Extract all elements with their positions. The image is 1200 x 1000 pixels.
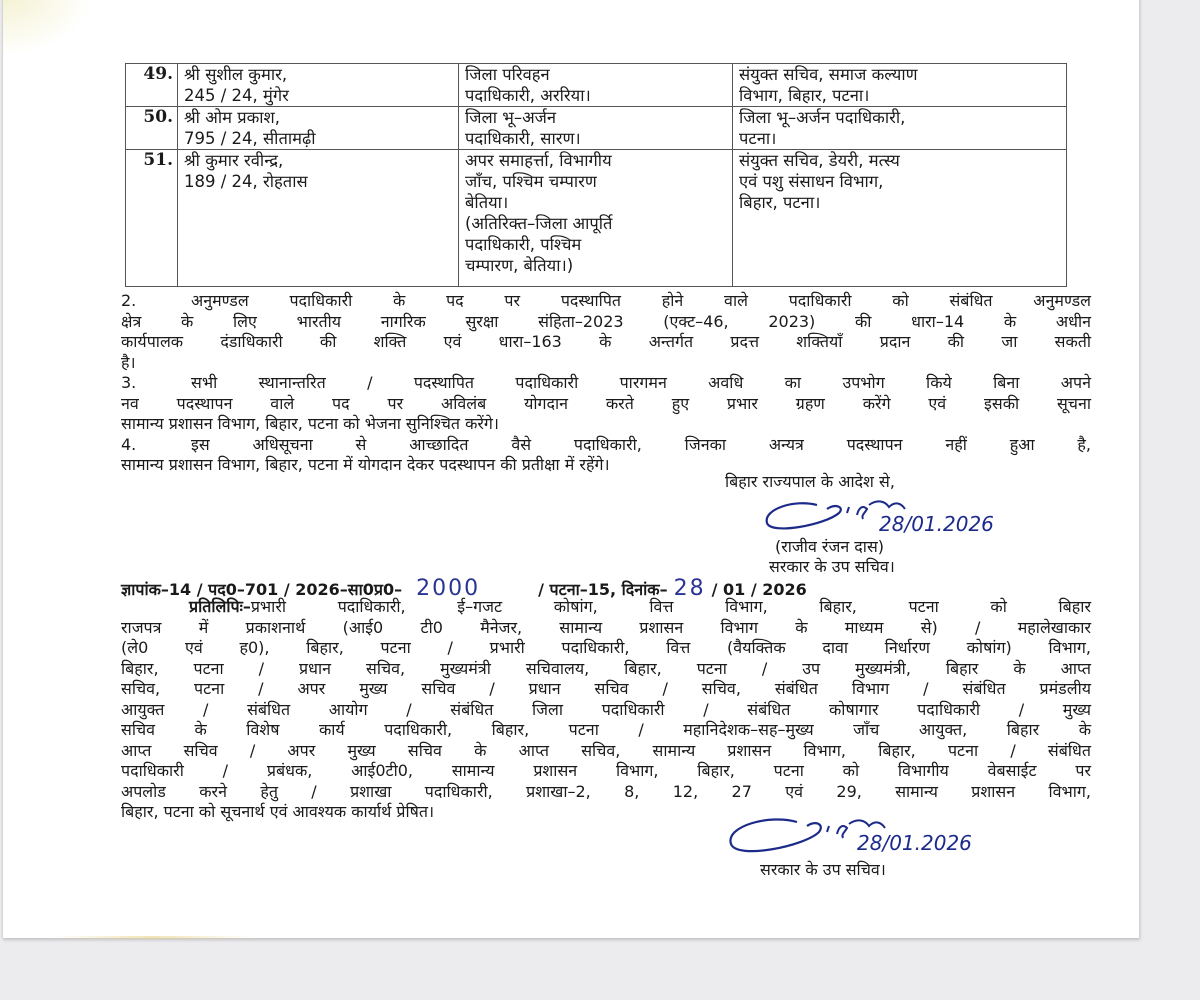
cell-line: संयुक्त सचिव, समाज कल्याण	[739, 64, 1060, 85]
paragraph-line: 2.अनुमण्डल पदाधिकारी के पद पर पदस्थापित …	[121, 291, 1091, 312]
serial-number: 49.	[126, 64, 178, 107]
cell-line: 795 / 24, सीतामढ़ी	[184, 128, 452, 149]
cell-line: पदाधिकारी, अररिया।	[465, 85, 726, 106]
paragraph-line: कार्यपालक दंडाधिकारी की शक्ति एवं धारा–1…	[121, 332, 1091, 353]
officer-name: (राजीव रंजन दास)	[775, 535, 884, 557]
svg-text:28/01.2026: 28/01.2026	[857, 831, 972, 855]
document-page: 49. श्री सुशील कुमार, 245 / 24, मुंगेर ज…	[2, 0, 1139, 938]
paragraph-4: 4.इस अधिसूचना से आच्छादित वैसे पदाधिकारी…	[121, 435, 1091, 476]
new-post-cell: संयुक्त सचिव, डेयरी, मत्स्य एवं पशु संसा…	[733, 150, 1067, 287]
copy-line: अपलोड करने हेतु / प्रशाखा पदाधिकारी, प्र…	[121, 782, 1091, 803]
handwritten-signature: 28/01.2026	[715, 804, 1085, 864]
serial-number: 50.	[126, 107, 178, 150]
cell-line: एवं पशु संसाधन विभाग,	[739, 171, 1060, 192]
copy-line: सचिव के विशेष कार्य पदाधिकारी, बिहार, पट…	[121, 720, 1091, 741]
transfer-table: 49. श्री सुशील कुमार, 245 / 24, मुंगेर ज…	[125, 63, 1067, 287]
paragraph-line: सामान्य प्रशासन विभाग, बिहार, पटना को भे…	[121, 414, 1091, 435]
cell-line: चम्पारण, बेतिया।)	[465, 255, 726, 276]
copy-lead: प्रतिलिपिः–	[189, 597, 251, 616]
paragraph-line: 4.इस अधिसूचना से आच्छादित वैसे पदाधिकारी…	[121, 435, 1091, 456]
cell-line: पटना।	[739, 128, 1060, 149]
signature-icon: 28/01.2026	[755, 491, 1105, 541]
paragraph-3: 3.सभी स्थानान्तरित / पदस्थापित पदाधिकारी…	[121, 373, 1091, 435]
paragraph-number: 3.	[121, 373, 191, 394]
current-post-cell: जिला परिवहन पदाधिकारी, अररिया।	[459, 64, 733, 107]
officer-name-cell: श्री ओम प्रकाश, 795 / 24, सीतामढ़ी	[178, 107, 459, 150]
cell-line: जाँच, पश्चिम चम्पारण	[465, 171, 726, 192]
table-row: 50. श्री ओम प्रकाश, 795 / 24, सीतामढ़ी ज…	[126, 107, 1067, 150]
paragraph-number: 2.	[121, 291, 191, 312]
cell-line: जिला भू–अर्जन पदाधिकारी,	[739, 107, 1060, 128]
copy-line: बिहार, पटना / प्रधान सचिव, मुख्यमंत्री स…	[121, 659, 1091, 680]
cell-line: अपर समाहर्त्ता, विभागीय	[465, 150, 726, 171]
copy-distribution: प्रतिलिपिः–प्रभारी पदाधिकारी, ई–गजट कोषा…	[121, 597, 1091, 823]
cell-line: बिहार, पटना।	[739, 192, 1060, 213]
cell-line: पदाधिकारी, पश्चिम	[465, 234, 726, 255]
copy-line: पदाधिकारी / प्रबंधक, आई0टी0, सामान्य प्र…	[121, 761, 1091, 782]
new-post-cell: जिला भू–अर्जन पदाधिकारी, पटना।	[733, 107, 1067, 150]
handwritten-signature: 28/01.2026	[755, 491, 1105, 541]
table-row: 51. श्री कुमार रवीन्द्र, 189 / 24, रोहता…	[126, 150, 1067, 287]
officer-name-cell: श्री कुमार रवीन्द्र, 189 / 24, रोहतास	[178, 150, 459, 287]
cell-line: 245 / 24, मुंगेर	[184, 85, 452, 106]
cell-line: (अतिरिक्त–जिला आपूर्ति	[465, 213, 726, 234]
cell-line: 189 / 24, रोहतास	[184, 171, 452, 192]
copy-line: प्रतिलिपिः–प्रभारी पदाधिकारी, ई–गजट कोषा…	[121, 597, 1091, 618]
table-row: 49. श्री सुशील कुमार, 245 / 24, मुंगेर ज…	[126, 64, 1067, 107]
serial-number: 51.	[126, 150, 178, 287]
paragraph-number: 4.	[121, 435, 191, 456]
copy-line: आप्त सचिव / अपर मुख्य सचिव के आप्त सचिव,…	[121, 741, 1091, 762]
cell-line: संयुक्त सचिव, डेयरी, मत्स्य	[739, 150, 1060, 171]
svg-text:28/01.2026: 28/01.2026	[879, 512, 994, 536]
new-post-cell: संयुक्त सचिव, समाज कल्याण विभाग, बिहार, …	[733, 64, 1067, 107]
cell-line: श्री कुमार रवीन्द्र,	[184, 150, 452, 171]
notification-paragraphs: 2.अनुमण्डल पदाधिकारी के पद पर पदस्थापित …	[121, 291, 1091, 476]
cell-line: विभाग, बिहार, पटना।	[739, 85, 1060, 106]
officer-designation: सरकार के उप सचिव।	[769, 555, 895, 577]
copy-line: राजपत्र में प्रकाशनार्थ (आई0 टी0 मैनेजर,…	[121, 618, 1091, 639]
paragraph-2: 2.अनुमण्डल पदाधिकारी के पद पर पदस्थापित …	[121, 291, 1091, 373]
cell-line: श्री ओम प्रकाश,	[184, 107, 452, 128]
copy-line: (ले0 एवं ह0), बिहार, पटना / प्रभारी पदाध…	[121, 638, 1091, 659]
cell-line: श्री सुशील कुमार,	[184, 64, 452, 85]
officer-name-cell: श्री सुशील कुमार, 245 / 24, मुंगेर	[178, 64, 459, 107]
paragraph-line: 3.सभी स्थानान्तरित / पदस्थापित पदाधिकारी…	[121, 373, 1091, 394]
governor-order-line: बिहार राज्यपाल के आदेश से,	[725, 470, 895, 492]
cell-line: पदाधिकारी, सारण।	[465, 128, 726, 149]
current-post-cell: जिला भू–अर्जन पदाधिकारी, सारण।	[459, 107, 733, 150]
paragraph-line: नव पदस्थापन वाले पद पर अविलंब योगदान करत…	[121, 394, 1091, 415]
paragraph-line: क्षेत्र के लिए भारतीय नागरिक सुरक्षा संह…	[121, 312, 1091, 333]
cell-line: जिला भू–अर्जन	[465, 107, 726, 128]
closing-designation: सरकार के उप सचिव।	[760, 858, 886, 880]
copy-line: सचिव, पटना / अपर मुख्य सचिव / प्रधान सचि…	[121, 679, 1091, 700]
current-post-cell: अपर समाहर्त्ता, विभागीय जाँच, पश्चिम चम्…	[459, 150, 733, 287]
paragraph-line: सामान्य प्रशासन विभाग, बिहार, पटना में य…	[121, 455, 1091, 476]
copy-line: आयुक्त / संबंधित आयोग / संबंधित जिला पदा…	[121, 700, 1091, 721]
signature-icon: 28/01.2026	[715, 804, 1085, 864]
paragraph-line: है।	[121, 353, 1091, 374]
cell-line: जिला परिवहन	[465, 64, 726, 85]
cell-line: बेतिया।	[465, 192, 726, 213]
